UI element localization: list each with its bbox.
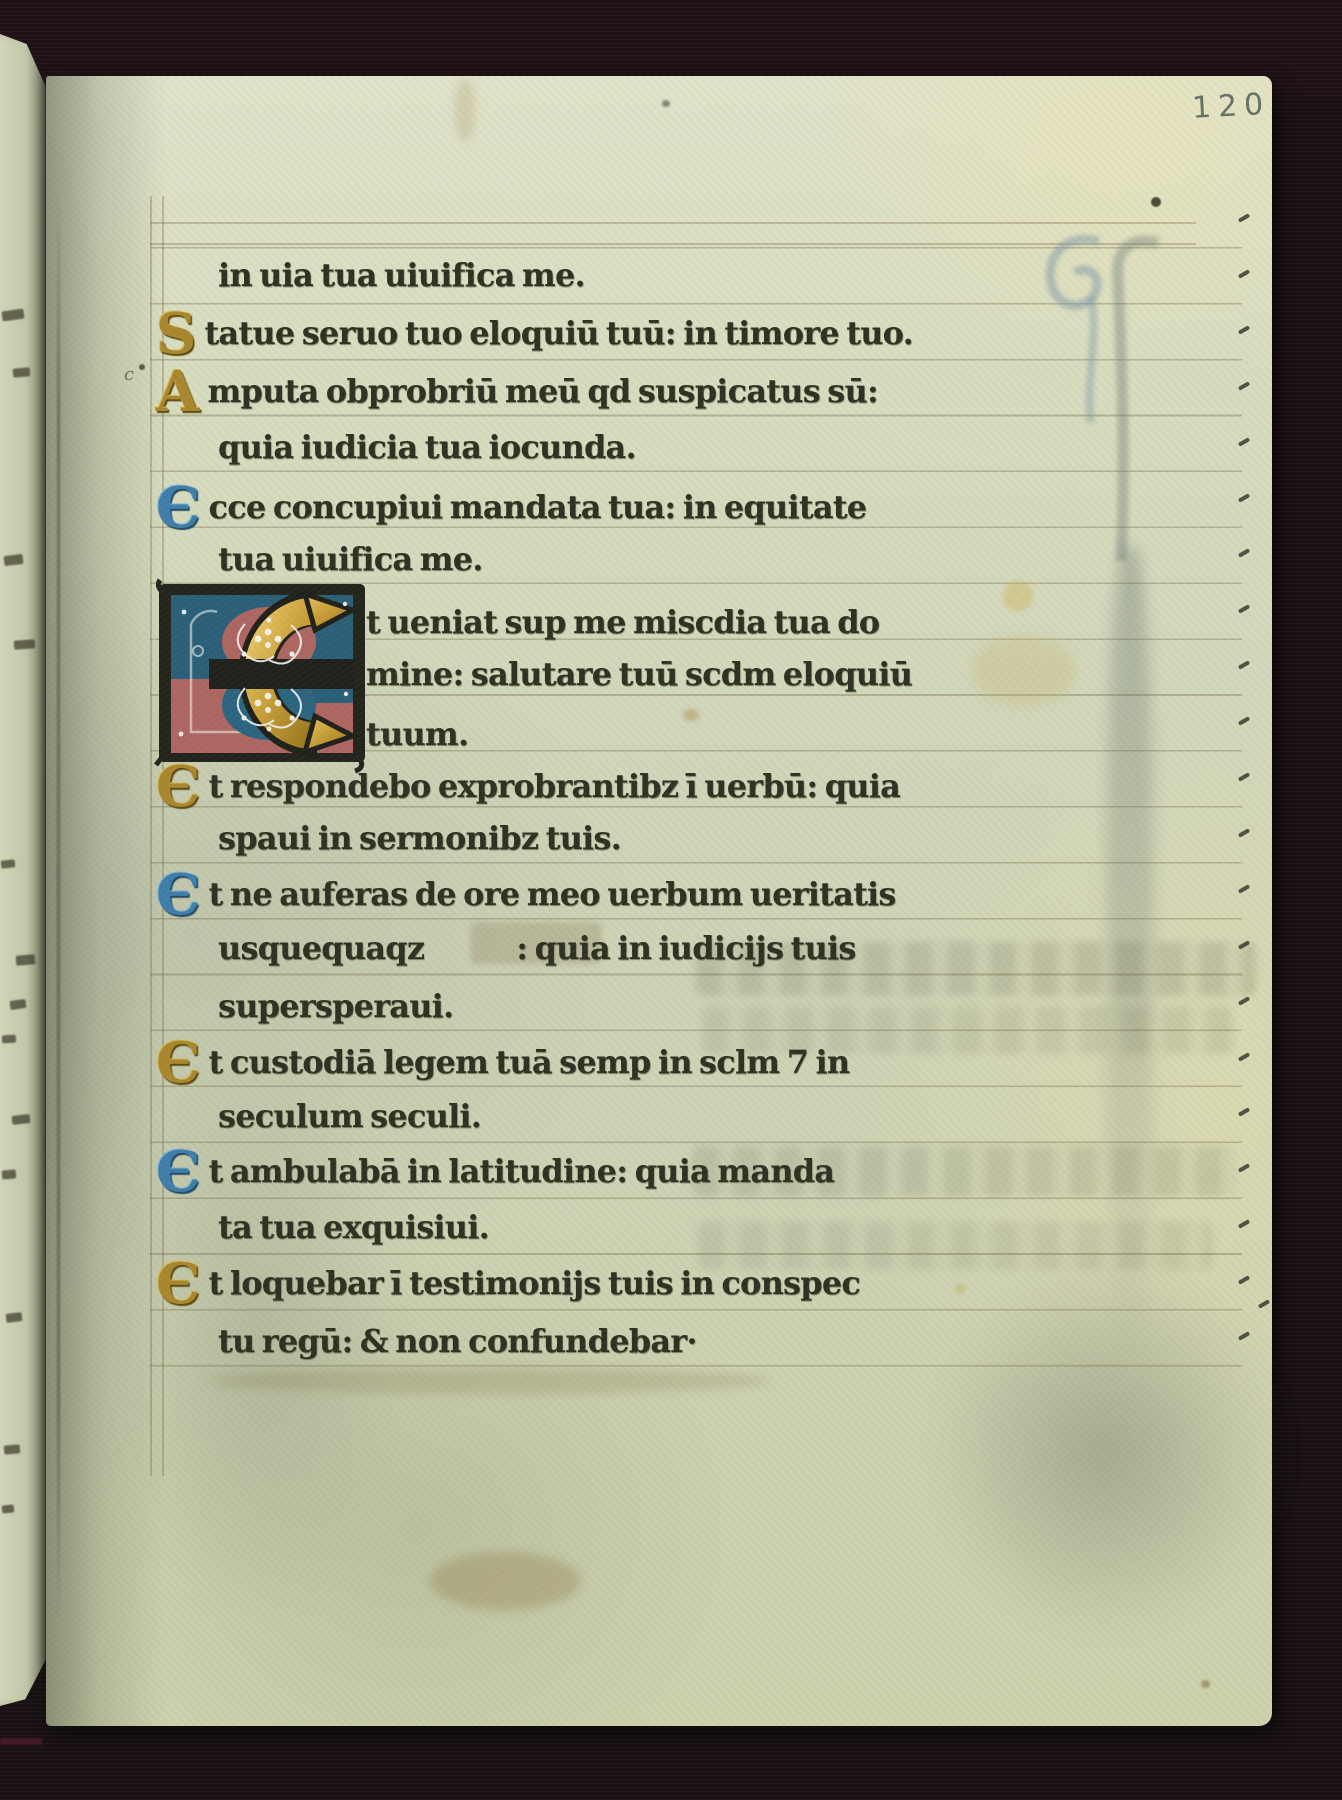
gutter-text-fragment: [9, 999, 26, 1010]
line-text: supersperaui.: [218, 987, 453, 1025]
line-text: mputa obprobriū meū qd suspicatus sū:: [207, 372, 878, 410]
manuscript-line: quia iudicia tua iocunda.: [218, 428, 636, 478]
gutter-text-fragment: [2, 1169, 17, 1179]
manuscript-line: usquequaqz: quia in iudicijs tuis: [218, 929, 856, 979]
line-text: spaui in sermonibz tuis.: [218, 819, 621, 857]
manuscript-line: in uia tua uiuifica me.: [218, 256, 585, 306]
manuscript-line: mine: salutare tuū scdm eloquiū: [366, 655, 912, 705]
manuscript-page: 120 E: [46, 76, 1272, 1726]
gutter-text-fragment: [2, 1504, 15, 1513]
line-text: t loquebar ī testimonijs tuis in conspec: [209, 1264, 861, 1302]
gutter-text-fragment: [1, 309, 24, 322]
manuscript-line: Єt respondebo exprobrantibz ī uerbū: qui…: [156, 765, 900, 815]
manuscript-line: tu regū: & non confundebar·: [218, 1322, 697, 1372]
manuscript-line: Єt ne auferas de ore meo uerbum ueritati…: [156, 873, 896, 923]
manuscript-line: tua uiuifica me.: [218, 540, 483, 590]
line-text: cce concupiui mandata tua: in equitate: [209, 488, 867, 526]
binding-sliver: [0, 1738, 42, 1745]
line-text: quia iudicia tua iocunda.: [218, 428, 636, 466]
line-text: usquequaqz: [218, 929, 424, 967]
gutter-text-fragment: [6, 1312, 23, 1323]
gutter-text-fragment: [2, 1035, 17, 1044]
line-text: tu regū: & non confundebar·: [218, 1322, 697, 1360]
manuscript-line: Єt loquebar ī testimonijs tuis in conspe…: [156, 1262, 860, 1312]
manuscript-line: t ueniat sup me miscdia tua do: [366, 603, 879, 653]
manuscript-line: Єt ambulabā in latitudine: quia manda: [156, 1150, 834, 1200]
manuscript-line: seculum seculi.: [218, 1097, 481, 1147]
gutter-text-fragment: [3, 554, 23, 566]
gutter-text-fragment: [13, 367, 31, 377]
line-text: tuum.: [366, 715, 468, 753]
versal-initial: Є: [156, 486, 201, 531]
line-text: t respondebo exprobrantibz ī uerbū: quia: [209, 767, 901, 805]
line-text: ta tua exquisiui.: [218, 1208, 489, 1246]
manuscript-line: Statue seruo tuo eloquiū tuū: in timore …: [156, 312, 913, 362]
line-text: t ambulabā in latitudine: quia manda: [209, 1152, 835, 1190]
versal-initial: S: [156, 312, 196, 357]
versal-initial: Є: [156, 1150, 201, 1195]
line-text: mine: salutare tuū scdm eloquiū: [366, 655, 912, 693]
manuscript-line: Amputa obprobriū meū qd suspicatus sū:: [156, 370, 878, 420]
manuscript-line: Єt custodiā legem tuā semp in sclm 7 in: [156, 1041, 849, 1091]
gutter-text-fragment: [14, 639, 36, 649]
versal-initial: Є: [156, 1041, 201, 1086]
gutter-text-fragment: [1, 859, 16, 868]
line-text-after-erasure: : quia in iudicijs tuis: [516, 929, 855, 967]
versal-initial: Є: [156, 873, 201, 918]
line-text: t custodiā legem tuā semp in sclm 7 in: [209, 1043, 850, 1081]
manuscript-line: spaui in sermonibz tuis.: [218, 819, 621, 869]
gutter-text-fragment: [4, 1444, 21, 1454]
manuscript-line: ta tua exquisiui.: [218, 1208, 489, 1258]
manuscript-line: tuum.: [366, 715, 468, 765]
line-text: t ueniat sup me miscdia tua do: [366, 603, 879, 641]
manuscript-line: supersperaui.: [218, 987, 453, 1037]
versal-initial: A: [156, 370, 199, 415]
text-block: in uia tua uiuifica me.Statue seruo tuo …: [46, 76, 1272, 1726]
facing-page-edge: [0, 34, 46, 1706]
line-text: seculum seculi.: [218, 1097, 481, 1135]
line-text: in uia tua uiuifica me.: [218, 256, 585, 294]
gutter-text-fragment: [12, 1114, 31, 1125]
line-text: t ne auferas de ore meo uerbum ueritatis: [209, 875, 896, 913]
line-text: tua uiuifica me.: [218, 540, 483, 578]
versal-initial: Є: [156, 765, 201, 810]
manuscript-line: Єcce concupiui mandata tua: in equitate: [156, 486, 866, 536]
photograph-of-manuscript: 120 E: [0, 0, 1342, 1800]
versal-initial: Є: [156, 1262, 201, 1307]
gutter-text-fragment: [16, 954, 36, 966]
line-text: tatue seruo tuo eloquiū tuū: in timore t…: [204, 314, 913, 352]
